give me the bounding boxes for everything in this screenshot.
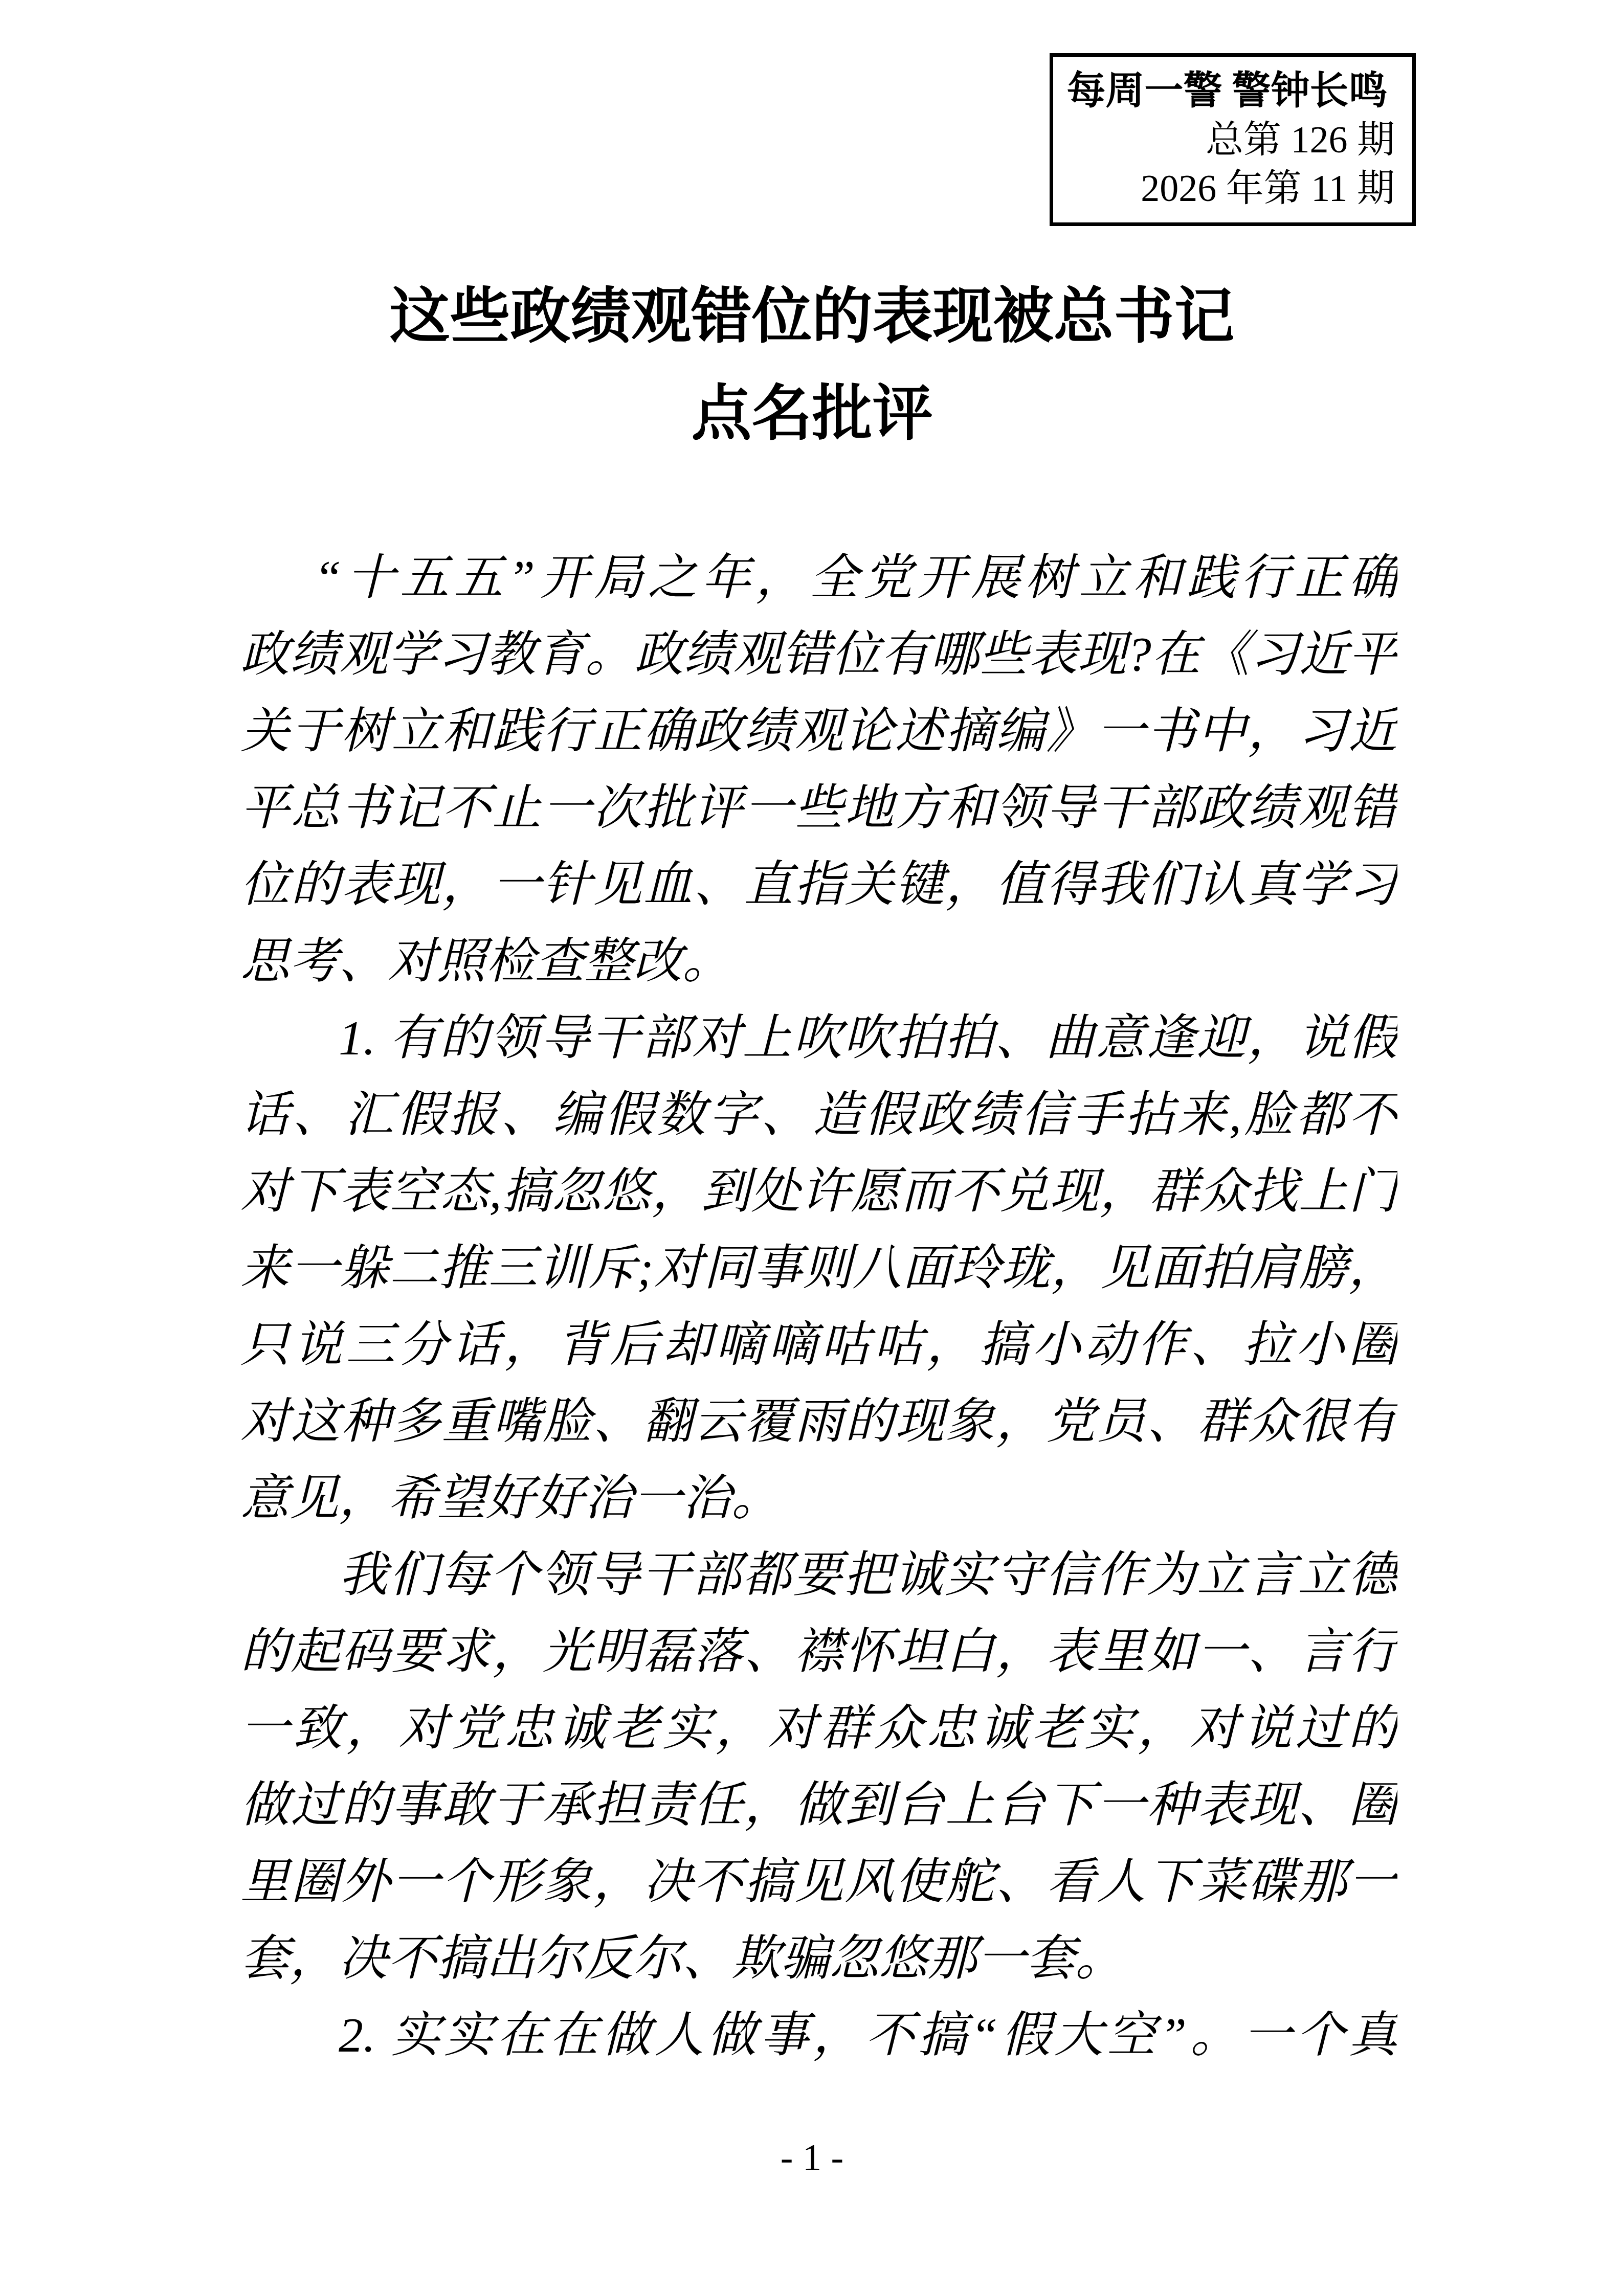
body-line: 思考、对照检查整改。 xyxy=(240,923,1397,1000)
body-line: 关于树立和践行正确政绩观论述摘编》一书中，习近 xyxy=(240,693,1397,770)
body-line: 里圈外一个形象，决不搞见风使舵、看人下菜碟那一 xyxy=(240,1843,1397,1920)
body-line: 来一躲二推三训斥;对同事则八面玲珑，见面拍肩膀， xyxy=(240,1230,1397,1307)
document-page: 每周一警 警钟长鸣 总第 126 期 2026 年第 11 期 这些政绩观错位的… xyxy=(0,0,1624,2296)
body-text: “十五五”开局之年，全党开展树立和践行正确 政绩观学习教育。政绩观错位有哪些表现… xyxy=(240,539,1397,2074)
body-line: 1. 有的领导干部对上吹吹拍拍、曲意逢迎，说假 xyxy=(240,1000,1397,1076)
body-line: 做过的事敢于承担责任，做到台上台下一种表现、圈 xyxy=(240,1767,1397,1843)
body-line: 2. 实实在在做人做事，不搞“假大空”。一个真 xyxy=(240,1997,1397,2074)
page-title: 这些政绩观错位的表现被总书记 点名批评 xyxy=(0,268,1624,463)
body-line: 平总书记不止一次批评一些地方和领导干部政绩观错 xyxy=(240,770,1397,846)
body-line: 套，决不搞出尔反尔、欺骗忽悠那一套。 xyxy=(240,1920,1397,1997)
body-line: 的起码要求，光明磊落、襟怀坦白，表里如一、言行 xyxy=(240,1613,1397,1690)
body-line: 一致，对党忠诚老实，对群众忠诚老实，对说过的话、 xyxy=(240,1690,1397,1767)
page-title-line-1: 这些政绩观错位的表现被总书记 xyxy=(0,268,1624,366)
body-line: 意见，希望好好治一治。 xyxy=(240,1460,1397,1537)
body-line: 对下表空态,搞忽悠，到处许愿而不兑现，群众找上门 xyxy=(240,1153,1397,1230)
body-line: 位的表现，一针见血、直指关键，值得我们认真学习 xyxy=(240,846,1397,923)
body-line: 我们每个领导干部都要把诚实守信作为立言立德 xyxy=(240,1537,1397,1613)
body-line: “十五五”开局之年，全党开展树立和践行正确 xyxy=(240,539,1397,616)
issue-year-number: 2026 年第 11 期 xyxy=(1059,170,1395,208)
body-line: 话、汇假报、编假数字、造假政绩信手拈来,脸都不红: xyxy=(240,1076,1397,1153)
body-line: 政绩观学习教育。政绩观错位有哪些表现?在《习近平 xyxy=(240,616,1397,693)
page-title-line-2: 点名批评 xyxy=(0,366,1624,463)
body-line: 只说三分话，背后却嘀嘀咕咕，搞小动作、拉小圈子。 xyxy=(240,1307,1397,1383)
page-number: - 1 - xyxy=(0,2136,1624,2179)
body-line: 对这种多重嘴脸、翻云覆雨的现象，党员、群众很有 xyxy=(240,1383,1397,1460)
issue-info-box: 每周一警 警钟长鸣 总第 126 期 2026 年第 11 期 xyxy=(1050,53,1416,226)
issue-slogan: 每周一警 警钟长鸣 xyxy=(1059,72,1395,110)
issue-total-number: 总第 126 期 xyxy=(1059,121,1395,159)
